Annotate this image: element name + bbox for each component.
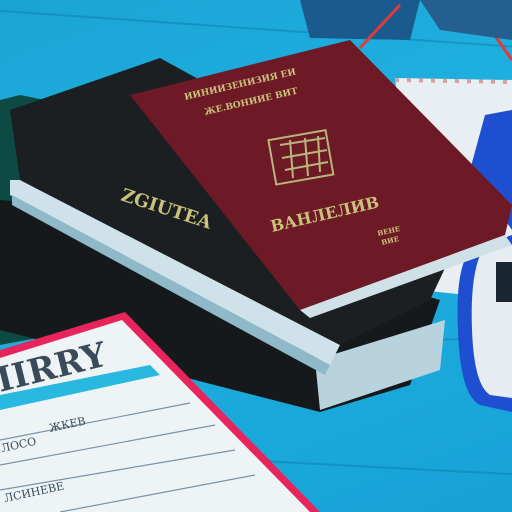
scene: ZGIUTEA ИИНИИЗЕНИЗИЯ ЕИ ЖЕ.ВОНИИЕ ВИТ ВА… (0, 0, 512, 512)
